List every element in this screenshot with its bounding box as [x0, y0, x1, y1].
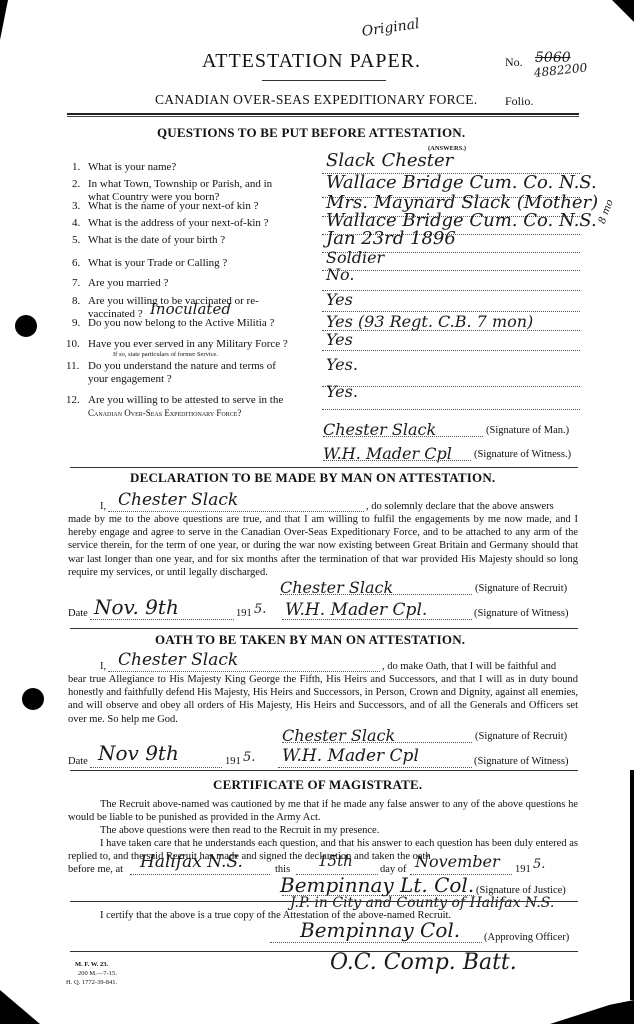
- question-number: 2.: [72, 178, 80, 191]
- declaration-signature-witness-label: (Signature of Witness): [474, 608, 568, 619]
- question-number: 11.: [66, 360, 79, 373]
- question-text: Are you married ?: [88, 277, 168, 290]
- oath-i-label: I,: [100, 660, 106, 673]
- question-number: 8.: [72, 295, 80, 308]
- question-text: What is your Trade or Calling ?: [88, 257, 227, 270]
- question-text-cont: Canadian Over-Seas Expeditionary Force?: [88, 407, 241, 420]
- question-number: 12.: [66, 394, 80, 407]
- question-number: 3.: [72, 200, 80, 213]
- header-rule: [67, 113, 579, 117]
- oath-text: bear true Allegiance to His Majesty King…: [68, 673, 578, 726]
- declaration-name: Chester Slack: [118, 490, 238, 510]
- oath-year-prefix: 191: [225, 756, 241, 767]
- declaration-signature-recruit-label: (Signature of Recruit): [475, 583, 567, 594]
- question-answer: Yes.: [326, 355, 358, 374]
- signature-officer-label: (Approving Officer): [484, 932, 569, 943]
- form-code-2: 200 M.—7-15.: [78, 969, 117, 978]
- question-answer: Jan 23rd 1896: [326, 228, 456, 249]
- magistrate-month: November: [415, 852, 500, 871]
- declaration-signature-witness: W.H. Mader Cpl.: [285, 600, 427, 620]
- oath-year-suffix: 5.: [243, 750, 255, 765]
- declaration-date-label: Date: [68, 608, 88, 619]
- question-text: What is the name of your next-of kin ?: [88, 200, 258, 213]
- oath-signature-witness: W.H. Mader Cpl: [282, 746, 419, 766]
- scan-edge-top-left: [0, 0, 8, 40]
- page-subtitle: CANADIAN OVER-SEAS EXPEDITIONARY FORCE.: [155, 92, 477, 108]
- question-text: In what Town, Township or Parish, and in: [88, 178, 272, 191]
- oath-date: Nov 9th: [98, 741, 179, 765]
- signature-witness-q-label: (Signature of Witness.): [474, 449, 571, 460]
- declaration-text-first: , do solemnly declare that the above ans…: [366, 500, 554, 513]
- magistrate-place: Halifax N.S.: [140, 852, 243, 872]
- officer-title: O.C. Comp. Batt.: [330, 950, 517, 975]
- no-label: No.: [505, 56, 523, 69]
- magistrate-before-label: before me, at: [68, 863, 123, 876]
- question-number: 10.: [66, 338, 80, 351]
- question-number: 9.: [72, 317, 80, 330]
- signature-officer: Bempinnay Col.: [300, 918, 460, 942]
- signature-justice: Bempinnay Lt. Col.: [280, 873, 474, 897]
- question-answer: No.: [326, 265, 354, 284]
- question-text: What is the date of your birth ?: [88, 234, 225, 247]
- question-text: Are you willing to be attested to serve …: [88, 394, 283, 407]
- oath-text-first: , do make Oath, that I will be faithful …: [382, 660, 556, 673]
- magistrate-heading: CERTIFICATE OF MAGISTRATE.: [213, 777, 422, 793]
- side-note: 8 mo: [597, 198, 616, 225]
- oath-signature-witness-label: (Signature of Witness): [474, 756, 568, 767]
- question-answer: Yes (93 Regt. C.B. 7 mon): [326, 312, 533, 331]
- magistrate-year-suffix: 5.: [533, 857, 545, 872]
- oath-signature-recruit-label: (Signature of Recruit): [475, 731, 567, 742]
- declaration-text: made by me to the above questions are tr…: [68, 513, 578, 579]
- question-number: 6.: [72, 257, 80, 270]
- question-number: 1.: [72, 161, 80, 174]
- title-underline: [262, 80, 386, 81]
- page-title: ATTESTATION PAPER.: [202, 50, 421, 73]
- magistrate-year-prefix: 191: [515, 863, 531, 876]
- declaration-year-suffix: 5.: [254, 602, 266, 617]
- questions-rule: [70, 467, 578, 468]
- declaration-year-prefix: 191: [236, 608, 252, 619]
- punch-hole-upper: [15, 315, 37, 337]
- oath-heading: OATH TO BE TAKEN BY MAN ON ATTESTATION.: [155, 632, 465, 648]
- question-number: 4.: [72, 217, 80, 230]
- question-text: What is the address of your next-of-kin …: [88, 217, 269, 230]
- questions-heading: QUESTIONS TO BE PUT BEFORE ATTESTATION.: [157, 125, 465, 141]
- scan-edge-bottom-left: [0, 990, 40, 1024]
- question-note: If so, state particulars of former Servi…: [113, 351, 218, 358]
- magistrate-para2: The above questions were then read to th…: [100, 824, 379, 837]
- declaration-i-label: I,: [100, 500, 106, 513]
- folio-label: Folio.: [505, 95, 533, 108]
- declaration-heading: DECLARATION TO BE MADE BY MAN ON ATTESTA…: [130, 470, 495, 486]
- original-annotation: Original: [361, 16, 421, 40]
- declaration-date: Nov. 9th: [94, 595, 179, 619]
- signature-man-label: (Signature of Man.): [486, 425, 569, 436]
- magistrate-rule: [70, 901, 578, 902]
- question-answer: Wallace Bridge Cum. Co. N.S.: [326, 172, 597, 193]
- question-answer: Yes: [326, 290, 353, 309]
- question-answer: Yes: [326, 330, 353, 349]
- scan-edge-right: [630, 770, 634, 1000]
- question-number: 5.: [72, 234, 80, 247]
- question-text: Do you now belong to the Active Militia …: [88, 317, 274, 330]
- question-inline-note: Inoculated: [150, 300, 231, 318]
- question-text: What is your name?: [88, 161, 176, 174]
- scan-edge-top-right: [612, 0, 634, 22]
- magistrate-day: 15th: [318, 852, 353, 870]
- scan-edge-bottom-right: [514, 1000, 634, 1024]
- question-text: Have you ever served in any Military For…: [88, 338, 288, 351]
- punch-hole-lower: [22, 688, 44, 710]
- question-number: 7.: [72, 277, 80, 290]
- question-text-cont: your engagement ?: [88, 373, 172, 386]
- question-answer: Yes.: [326, 382, 358, 401]
- declaration-rule: [70, 628, 578, 629]
- oath-name: Chester Slack: [118, 650, 238, 670]
- oath-date-label: Date: [68, 756, 88, 767]
- form-code-1: M. F. W. 23.: [75, 960, 108, 969]
- question-text: Do you understand the nature and terms o…: [88, 360, 276, 373]
- magistrate-para1: The Recruit above-named was cautioned by…: [68, 798, 578, 824]
- form-code-3: H. Q. 1772-39-841.: [66, 978, 117, 987]
- question-answer: Slack Chester: [326, 150, 453, 171]
- oath-rule: [70, 770, 578, 771]
